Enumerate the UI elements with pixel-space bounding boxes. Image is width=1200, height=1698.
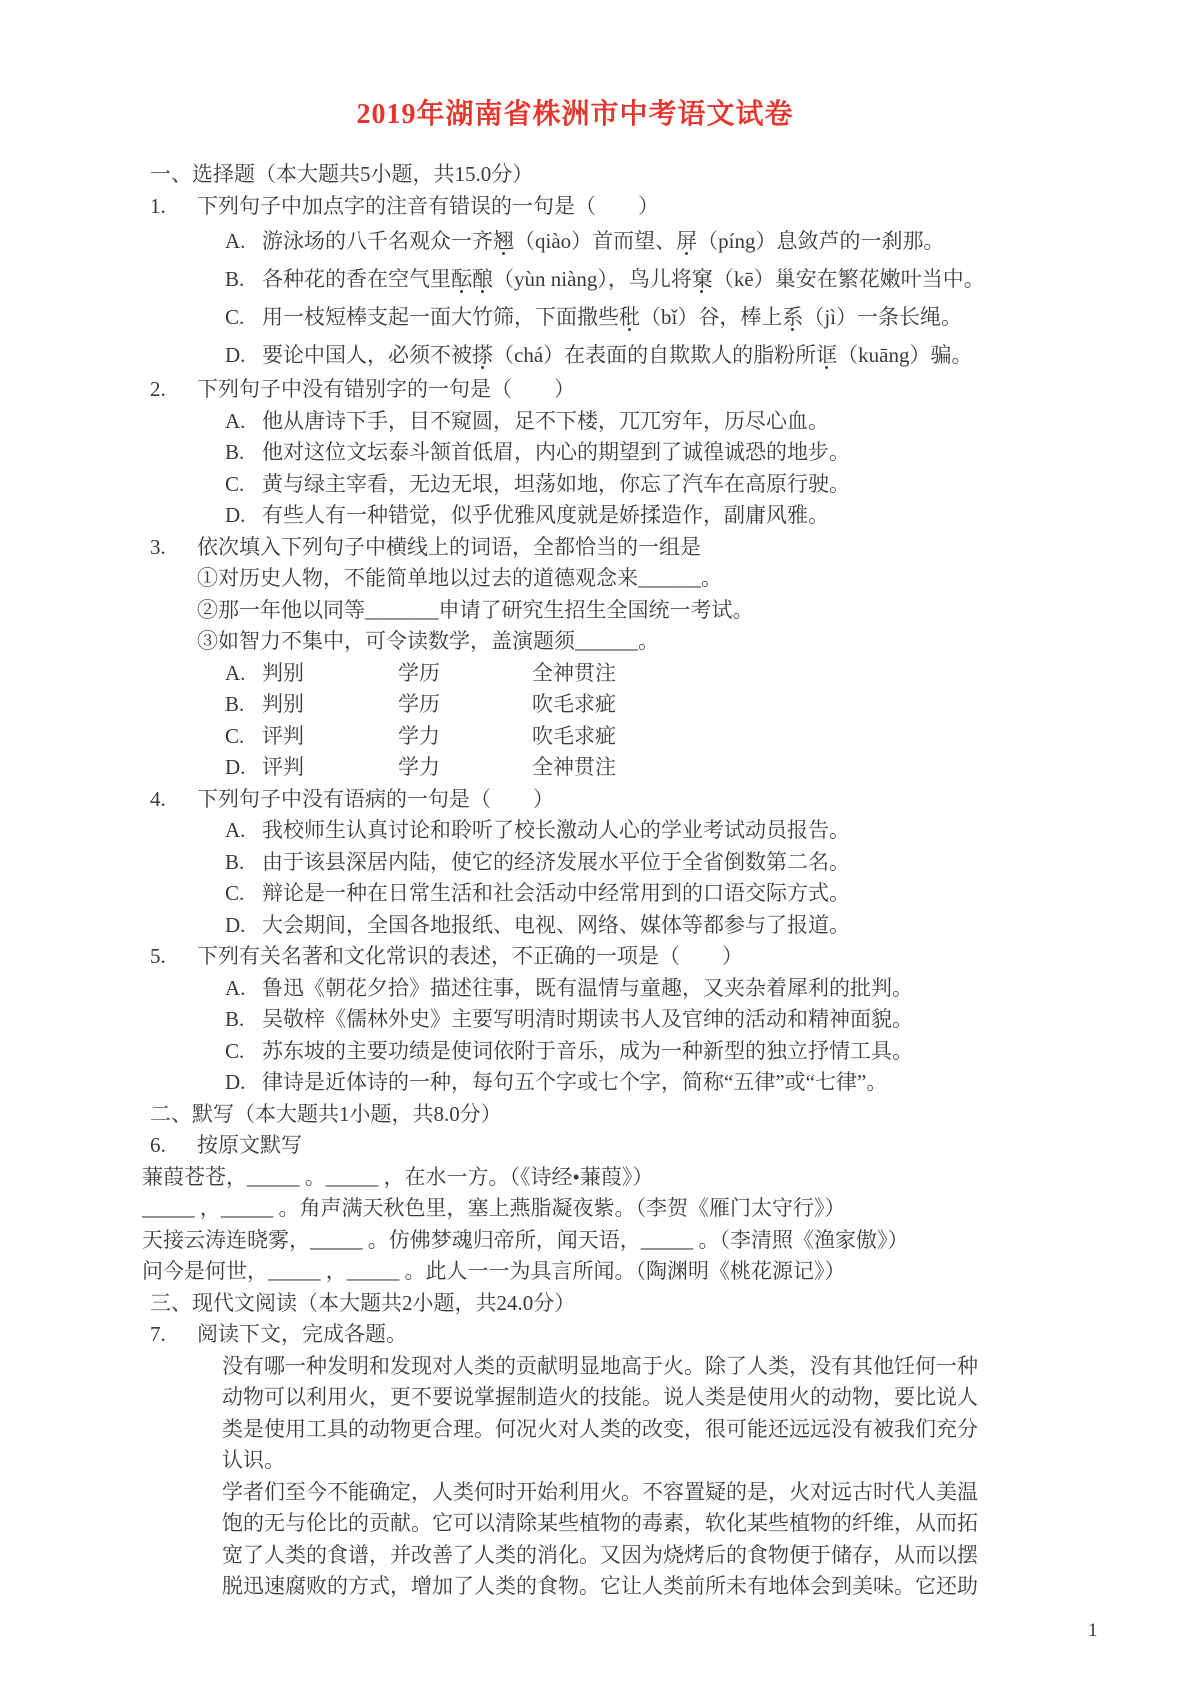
option-label: C. <box>225 1036 262 1068</box>
option-text: 黄与绿主宰看，无边无垠，坦荡如地，你忘了汽车在高原行驶。 <box>262 469 850 501</box>
q5-option-c: C. 苏东坡的主要功绩是使词依附于音乐，成为一种新型的独立抒情工具。 <box>150 1036 1000 1068</box>
option-word-3: 全神贯注 <box>532 658 616 690</box>
question-6: 6. 按原文默写 <box>150 1130 1000 1162</box>
q3-sentence-2: ②那一年他以同等_______申请了研究生招生全国统一考试。 <box>150 595 1000 627</box>
question-3: 3. 依次填入下列句子中横线上的词语，全都恰当的一组是 <box>150 532 1000 564</box>
q1-option-c: C. 用一枝短棒支起一面大竹筛，下面撒些秕（bǐ）谷，棒上系（jì）一条长绳。 <box>150 298 1000 336</box>
question-text: 下列句子中没有语病的一句是（ ） <box>197 784 554 816</box>
question-text: 依次填入下列句子中横线上的词语，全都恰当的一组是 <box>197 532 701 564</box>
option-text: 吴敬梓《儒林外史》主要写明清时期读书人及官绅的活动和精神面貌。 <box>262 1004 913 1036</box>
option-word-2: 学历 <box>398 689 532 721</box>
option-text: 苏东坡的主要功绩是使词依附于音乐，成为一种新型的独立抒情工具。 <box>262 1036 913 1068</box>
option-label: B. <box>225 689 262 721</box>
q4-option-b: B. 由于该县深居内陆，使它的经济发展水平位于全省倒数第二名。 <box>150 847 1000 879</box>
option-label: C. <box>225 298 262 336</box>
option-label: A. <box>225 658 262 690</box>
option-text: 他对这位文坛泰斗颔首低眉，内心的期望到了诚徨诚恐的地步。 <box>262 437 850 469</box>
option-text-segment: 用一枝短棒支起一面大竹筛，下面撒些 <box>262 305 619 329</box>
q3-option-d: D. 评判 学力 全神贯注 <box>150 752 1000 784</box>
option-label: A. <box>225 406 262 438</box>
option-text: 大会期间，全国各地报纸、电视、网络、媒体等都参与了报道。 <box>262 910 850 942</box>
question-1: 1. 下列句子中加点字的注音有错误的一句是（ ） <box>150 191 1000 223</box>
q1-option-b: B. 各种花的香在空气里酝酿（yùn niàng），鸟儿将窠（kē）巢安在繁花嫩… <box>150 260 1000 298</box>
reading-paragraph-2-line: 学者们至今不能确定，人类何时开始利用火。不容置疑的是，火对远古时代人美温 <box>150 1477 1000 1509</box>
option-label: C. <box>225 469 262 501</box>
question-number: 2. <box>150 374 197 406</box>
option-text-segment: （kuāng）骗。 <box>837 343 972 367</box>
option-text: 辩论是一种在日常生活和社会活动中经常用到的口语交际方式。 <box>262 878 850 910</box>
pinyin-dotted-char: 酿 <box>472 267 493 291</box>
option-word-2: 学力 <box>398 721 532 753</box>
option-text: 他从唐诗下手，目不窥圆，足不下楼，兀兀穷年，历尽心血。 <box>262 406 829 438</box>
page-number: 1 <box>1088 1620 1098 1642</box>
option-label: B. <box>225 437 262 469</box>
pinyin-dotted-char: 酝 <box>451 267 472 291</box>
option-word-1: 评判 <box>262 721 398 753</box>
option-word-1: 判别 <box>262 689 398 721</box>
pinyin-dotted-char: 搽 <box>472 343 493 367</box>
reading-paragraph-2-line: 脱迅速腐败的方式，增加了人类的食物。它让人类前所未有地体会到美味。它还助 <box>150 1571 1000 1603</box>
pinyin-dotted-char: 窠 <box>692 267 713 291</box>
q5-option-b: B. 吴敬梓《儒林外史》主要写明清时期读书人及官绅的活动和精神面貌。 <box>150 1004 1000 1036</box>
option-text-segment: （jì）一条长绳。 <box>803 305 962 329</box>
question-number: 7. <box>150 1319 197 1351</box>
option-text: 要论中国人，必须不被搽（chá）在表面的自欺欺人的脂粉所诓（kuāng）骗。 <box>262 336 972 374</box>
q3-sentence-3: ③如智力不集中，可令读数学，盖演题须______。 <box>150 626 1000 658</box>
exam-paper-page: 2019年湖南省株洲市中考语文试卷 一、选择题（本大题共5小题，共15.0分） … <box>0 0 1200 1698</box>
page-title: 2019年湖南省株洲市中考语文试卷 <box>150 97 1000 133</box>
option-text: 游泳场的八千名观众一齐翘（qiào）首而望、屏（píng）息敛芦的一刹那。 <box>262 222 945 260</box>
option-text: 律诗是近体诗的一种，每句五个字或七个字，简称“五律”或“七律”。 <box>262 1067 887 1099</box>
q2-option-d: D. 有些人有一种错觉，似乎优雅风度就是娇揉造作，副庸风雅。 <box>150 500 1000 532</box>
section-1-heading: 一、选择题（本大题共5小题，共15.0分） <box>150 159 1000 191</box>
q3-option-b: B. 判别 学历 吹毛求疵 <box>150 689 1000 721</box>
q3-sentence-1: ①对历史人物，不能简单地以过去的道德观念来______。 <box>150 563 1000 595</box>
option-text-segment: 要论中国人，必须不被 <box>262 343 472 367</box>
q4-option-d: D. 大会期间，全国各地报纸、电视、网络、媒体等都参与了报道。 <box>150 910 1000 942</box>
question-number: 1. <box>150 191 197 223</box>
option-text-segment: （bǐ）谷，棒上 <box>640 305 782 329</box>
section-3-heading: 三、现代文阅读（本大题共2小题，共24.0分） <box>150 1288 1000 1320</box>
option-word-2: 学历 <box>398 658 532 690</box>
dictation-line-3: 天接云涛连晓雾，_____ 。仿佛梦魂归帝所，闻天语，_____ 。（李清照《渔… <box>142 1225 1000 1257</box>
option-word-3: 吹毛求疵 <box>532 721 616 753</box>
option-word-3: 全神贯注 <box>532 752 616 784</box>
option-text: 我校师生认真讨论和聆听了校长激动人心的学业考试动员报告。 <box>262 815 850 847</box>
pinyin-dotted-char: 诓 <box>816 343 837 367</box>
question-text: 下列有关名著和文化常识的表述，不正确的一项是（ ） <box>197 941 743 973</box>
option-text-segment: （yùn niàng），鸟儿将 <box>493 267 692 291</box>
question-text: 阅读下文，完成各题。 <box>197 1319 407 1351</box>
question-number: 6. <box>150 1130 197 1162</box>
question-text: 下列句子中没有错别字的一句是（ ） <box>197 374 575 406</box>
option-text-segment: 游泳场的八千名观众一齐 <box>262 229 493 253</box>
reading-paragraph-1-line: 没有哪一种发明和发现对人类的贡献明显地高于火。除了人类，没有其他饪何一种 <box>150 1351 1000 1383</box>
pinyin-dotted-char: 系 <box>782 305 803 329</box>
option-text-segment: （píng）息敛芦的一刹那。 <box>697 229 944 253</box>
document-body: 2019年湖南省株洲市中考语文试卷 一、选择题（本大题共5小题，共15.0分） … <box>150 97 1000 1603</box>
question-text: 按原文默写 <box>197 1130 302 1162</box>
pinyin-dotted-char: 翘 <box>493 229 514 253</box>
option-text: 有些人有一种错觉，似乎优雅风度就是娇揉造作，副庸风雅。 <box>262 500 829 532</box>
reading-paragraph-1-line: 类是使用工具的动物更合理。何况火对人类的改变，很可能还远远没有被我们充分 <box>150 1414 1000 1446</box>
dictation-line-2: _____ ，_____ 。角声满天秋色里，塞上燕脂凝夜紫。（李贺《雁门太守行》… <box>142 1193 1000 1225</box>
q2-option-b: B. 他对这位文坛泰斗颔首低眉，内心的期望到了诚徨诚恐的地步。 <box>150 437 1000 469</box>
option-label: D. <box>225 1067 262 1099</box>
question-number: 4. <box>150 784 197 816</box>
option-label: D. <box>225 752 262 784</box>
option-label: D. <box>225 500 262 532</box>
option-text-segment: （chá）在表面的自欺欺人的脂粉所 <box>493 343 816 367</box>
option-word-3: 吹毛求疵 <box>532 689 616 721</box>
option-word-2: 学力 <box>398 752 532 784</box>
dictation-line-1: 蒹葭苍苍，_____ 。_____ ，在水一方。（《诗经•蒹葭》） <box>142 1162 1000 1194</box>
option-label: C. <box>225 721 262 753</box>
option-label: D. <box>225 910 262 942</box>
reading-paragraph-1-line: 认识。 <box>150 1445 1000 1477</box>
option-word-1: 评判 <box>262 752 398 784</box>
q1-option-d: D. 要论中国人，必须不被搽（chá）在表面的自欺欺人的脂粉所诓（kuāng）骗… <box>150 336 1000 374</box>
q4-option-c: C. 辩论是一种在日常生活和社会活动中经常用到的口语交际方式。 <box>150 878 1000 910</box>
option-label: A. <box>225 815 262 847</box>
question-text: 下列句子中加点字的注音有错误的一句是（ ） <box>197 191 659 223</box>
option-label: A. <box>225 222 262 260</box>
option-label: D. <box>225 336 262 374</box>
question-7: 7. 阅读下文，完成各题。 <box>150 1319 1000 1351</box>
q2-option-c: C. 黄与绿主宰看，无边无垠，坦荡如地，你忘了汽车在高原行驶。 <box>150 469 1000 501</box>
q5-option-a: A. 鲁迅《朝花夕拾》描述往事，既有温情与童趣，又夹杂着犀利的批判。 <box>150 973 1000 1005</box>
option-label: B. <box>225 1004 262 1036</box>
q4-option-a: A. 我校师生认真讨论和聆听了校长激动人心的学业考试动员报告。 <box>150 815 1000 847</box>
pinyin-dotted-char: 屏 <box>676 229 697 253</box>
reading-paragraph-2-line: 宽了人类的食谱，并改善了人类的消化。又因为烧烤后的食物便于储存，从而以摆 <box>150 1540 1000 1572</box>
option-label: C. <box>225 878 262 910</box>
option-text-segment: （kē）巢安在繁花嫩叶当中。 <box>713 267 985 291</box>
q3-option-c: C. 评判 学力 吹毛求疵 <box>150 721 1000 753</box>
question-5: 5. 下列有关名著和文化常识的表述，不正确的一项是（ ） <box>150 941 1000 973</box>
option-text-segment: 各种花的香在空气里 <box>262 267 451 291</box>
option-text: 鲁迅《朝花夕拾》描述往事，既有温情与童趣，又夹杂着犀利的批判。 <box>262 973 913 1005</box>
option-text: 各种花的香在空气里酝酿（yùn niàng），鸟儿将窠（kē）巢安在繁花嫩叶当中… <box>262 260 985 298</box>
option-text: 由于该县深居内陆，使它的经济发展水平位于全省倒数第二名。 <box>262 847 850 879</box>
question-number: 5. <box>150 941 197 973</box>
option-word-1: 判别 <box>262 658 398 690</box>
question-number: 3. <box>150 532 197 564</box>
q3-option-a: A. 判别 学历 全神贯注 <box>150 658 1000 690</box>
q5-option-d: D. 律诗是近体诗的一种，每句五个字或七个字，简称“五律”或“七律”。 <box>150 1067 1000 1099</box>
reading-paragraph-1-line: 动物可以利用火，更不要说掌握制造火的技能。说人类是使用火的动物，要比说人 <box>150 1382 1000 1414</box>
pinyin-dotted-char: 秕 <box>619 305 640 329</box>
option-label: B. <box>225 260 262 298</box>
option-text: 用一枝短棒支起一面大竹筛，下面撒些秕（bǐ）谷，棒上系（jì）一条长绳。 <box>262 298 962 336</box>
question-2: 2. 下列句子中没有错别字的一句是（ ） <box>150 374 1000 406</box>
dictation-line-4: 问今是何世，_____ ，_____ 。此人一一为具言所闻。（陶渊明《桃花源记》… <box>142 1256 1000 1288</box>
reading-paragraph-2-line: 饱的无与伦比的贡献。它可以清除某些植物的毒素，软化某些植物的纤维，从而拓 <box>150 1508 1000 1540</box>
option-label: A. <box>225 973 262 1005</box>
section-2-heading: 二、默写（本大题共1小题，共8.0分） <box>150 1099 1000 1131</box>
option-label: B. <box>225 847 262 879</box>
q1-option-a: A. 游泳场的八千名观众一齐翘（qiào）首而望、屏（píng）息敛芦的一刹那。 <box>150 222 1000 260</box>
question-4: 4. 下列句子中没有语病的一句是（ ） <box>150 784 1000 816</box>
option-text-segment: （qiào）首而望、 <box>514 229 676 253</box>
q2-option-a: A. 他从唐诗下手，目不窥圆，足不下楼，兀兀穷年，历尽心血。 <box>150 406 1000 438</box>
